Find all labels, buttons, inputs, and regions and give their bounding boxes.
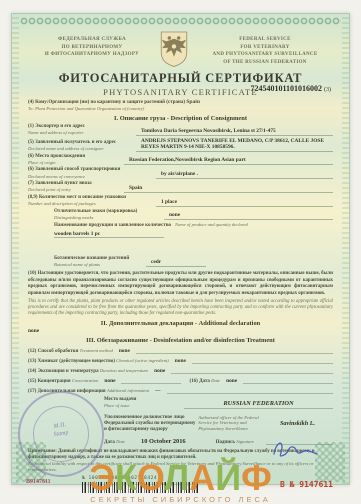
botanical-value: cedr xyxy=(146,259,206,267)
signature-label-en: Signature xyxy=(236,439,254,444)
certificate-number: 724540101101016002(3) xyxy=(250,84,331,93)
chemical-label-en: Chemical (active ingredient) xyxy=(116,358,169,363)
logo-letter: А xyxy=(189,457,215,498)
officer-label-ru: Уполномоченное должностное лицо Федераль… xyxy=(104,415,198,434)
logo-letter: Э xyxy=(89,457,115,498)
duration-label-en: Duration and temperature xyxy=(100,368,148,373)
certification-text-ru: (10) Настоящим удостоверяется, что расте… xyxy=(28,271,333,297)
logo-letter: Л xyxy=(164,457,189,498)
info-label-en: Additional information xyxy=(107,388,149,393)
agency-en-line1: FEDERAL SERVICE xyxy=(201,36,329,44)
field-place-of-issue: Место выдачи Place of issue RUSSIAN FEDE… xyxy=(104,397,333,409)
certificate-footer: М.П. Stamp В9147611 Место выдачи Place o… xyxy=(12,397,349,445)
to-label-ru: (4) Кому:Организация (ям) по карантину и… xyxy=(28,100,185,105)
chemical-label-ru: (13) Химикат (действующее вещество) xyxy=(28,359,115,364)
logo-letter: О xyxy=(137,457,164,498)
entry-point-label-en: Declared point of entry xyxy=(28,187,124,193)
chemical-value: none xyxy=(175,358,186,364)
origin-value: Russian Federation,Novosibirsk Region As… xyxy=(124,157,333,165)
date-value: 10 October 2016 xyxy=(141,438,186,445)
produce-value: wooden barrels 1 pc xyxy=(54,231,164,238)
date-label-ru: Дата xyxy=(104,440,115,445)
logo-letter: Й xyxy=(215,457,241,498)
field-exporter: (1) Экспортер и его адрес Name and addre… xyxy=(28,124,333,136)
concentration-label-en: Concentration xyxy=(72,378,99,383)
treatment-label-en: Treatment method xyxy=(80,348,113,353)
ecolife-watermark-logo: ЭКОЛАЙФ СЕКРЕТЫ СИБИРСКОГО ЛЕСА xyxy=(89,462,272,500)
field-marks: Отличительные знаки (маркировка) Disting… xyxy=(54,209,333,221)
date16-label-ru: (16) Дата xyxy=(189,379,209,384)
concentration-value: none xyxy=(104,378,115,384)
origin-label-en: Place of origin xyxy=(28,160,124,166)
conveyance-value: by air/airplane . xyxy=(156,171,333,179)
field-duration: (14) Экспозиция и температура Duration a… xyxy=(28,367,333,374)
certificate-number-value: 724540101101016002 xyxy=(250,84,322,93)
packages-value: 1 place xyxy=(156,199,333,207)
signature-label-ru: Подпись xyxy=(216,440,235,445)
produce-label-ru: Наименование продукции и заявленное коли… xyxy=(54,223,171,229)
guilloche-chain-border xyxy=(20,17,341,25)
officer-label-en: Authorized officer of the Federal Servic… xyxy=(198,415,262,434)
treatment-value: none xyxy=(119,348,130,354)
certificate-number-suffix: (3) xyxy=(324,87,331,93)
agency-ru-line1: ФЕДЕРАЛЬНАЯ СЛУЖБА xyxy=(38,36,146,44)
agency-en-line2: FOR VETERINARY xyxy=(201,44,329,52)
logo-letter: Ф xyxy=(241,457,272,498)
field-chemical: (13) Химикат (действующее вещество) Chem… xyxy=(28,357,333,364)
certificate-header: ФЕДЕРАЛЬНАЯ СЛУЖБА ПО ВЕТЕРИНАРНОМУ И ФИ… xyxy=(12,26,349,68)
russian-coat-of-arms-icon xyxy=(157,30,191,68)
exporter-label-en: Name and address of exporter xyxy=(28,130,136,136)
logo-tagline: СЕКРЕТЫ СИБИРСКОГО ЛЕСА xyxy=(89,495,272,500)
agency-ru-line2: ПО ВЕТЕРИНАРНОМУ xyxy=(38,44,146,52)
field-authorized-officer: Уполномоченное должностное лицо Федераль… xyxy=(104,412,333,434)
section1-title: I. Описание груза - Description of Consi… xyxy=(12,115,349,122)
place-label-en: Place of issue xyxy=(104,403,184,409)
treatment-label-ru: (12) Способ обработки xyxy=(28,349,78,354)
concentration-label-ru: (15) Концентрация xyxy=(28,379,71,384)
field-consignee: (5) Заявленный получатель и его адрес De… xyxy=(28,138,333,152)
certification-text-en: This is to certify that the plants, plan… xyxy=(28,299,333,317)
date16-label-en: Date xyxy=(211,378,220,383)
agency-en-line4: OF THE RUSSIAN FEDERATION xyxy=(201,59,329,67)
conveyance-label-en: Declared means of conveyance xyxy=(28,174,156,180)
to-value: Spain xyxy=(186,99,200,105)
handwritten-signature xyxy=(269,437,321,461)
to-label-en: To: Plant Protection and Quarantine Orga… xyxy=(28,106,228,112)
place-value: RUSSIAN FEDERATION xyxy=(184,400,333,409)
marks-label-en: Distinguishing marks xyxy=(54,215,164,221)
agency-ru-line3: И ФИТОСАНИТАРНОМУ НАДЗОРУ xyxy=(38,51,146,59)
section2-title: II. Дополнительная декларация - Addition… xyxy=(12,320,349,327)
officer-name: Savinskikh L. xyxy=(262,412,333,434)
consignee-label-en: Declared name and address of consignee xyxy=(28,146,136,152)
agency-en-line3: AND PHYTOSANITARY SURVEILLANCE xyxy=(201,51,329,59)
field-to: (4) Кому:Организация (ям) по карантину и… xyxy=(28,99,333,112)
field-packages: (8,9) Количество мест и описание упаковк… xyxy=(28,195,333,207)
field-conveyance: (6) Заявленный способ транспортировки De… xyxy=(28,167,333,179)
stamp-serial-number: В9147611 xyxy=(26,479,51,485)
title-block: ФИТОСАНИТАРНЫЙ СЕРТИФИКАТ PHYTOSANITARY … xyxy=(12,71,349,97)
field-entry-point: (7) Заявленный пункт ввоза Declared poin… xyxy=(28,181,333,193)
field-botanical: Ботаническое название растений Botanical… xyxy=(54,256,333,268)
botanical-label-en: Botanical name of plants xyxy=(54,262,146,268)
exporter-value: Tomilova Daria Sergeevna Novosibirsk, Le… xyxy=(136,128,333,136)
section3-title: III. Обеззараживание - Desinfestation an… xyxy=(12,337,349,344)
entry-point-value: Spain xyxy=(124,185,333,193)
additional-declaration-value: none xyxy=(28,328,333,334)
date16-value: none xyxy=(226,378,237,384)
duration-label-ru: (14) Экспозиция и температура xyxy=(28,369,99,374)
field-treatment: (12) Способ обработки Treatment method n… xyxy=(28,347,333,354)
consignee-value: ANDREJS STEPANOVS TANERIFE EL MEDANO, C/… xyxy=(136,138,333,152)
date-label-en: Date xyxy=(116,439,125,444)
logo-letter: К xyxy=(115,457,137,498)
produce-label-en: Name of produce and quantity declared xyxy=(175,222,248,228)
field-produce-label: Наименование продукции и заявленное коли… xyxy=(54,222,333,229)
agency-name-en: FEDERAL SERVICE FOR VETERINARY AND PHYTO… xyxy=(201,30,329,66)
packages-label-en: Number and description of packages xyxy=(28,201,156,207)
marks-value: none xyxy=(164,212,333,220)
duration-value: none xyxy=(154,368,165,374)
phytosanitary-certificate: ФЕДЕРАЛЬНАЯ СЛУЖБА ПО ВЕТЕРИНАРНОМУ И ФИ… xyxy=(11,13,350,485)
certification-statement: (10) Настоящим удостоверяется, что расте… xyxy=(28,271,333,317)
field-origin: (6) Место происхождения Place of origin … xyxy=(28,154,333,166)
agency-name-ru: ФЕДЕРАЛЬНАЯ СЛУЖБА ПО ВЕТЕРИНАРНОМУ И ФИ… xyxy=(38,30,146,59)
field-concentration-date: (15) Концентрация Concentration none (16… xyxy=(28,377,333,384)
ecolife-logo-text: ЭКОЛАЙФ xyxy=(89,462,272,494)
info-value: — xyxy=(155,388,160,394)
